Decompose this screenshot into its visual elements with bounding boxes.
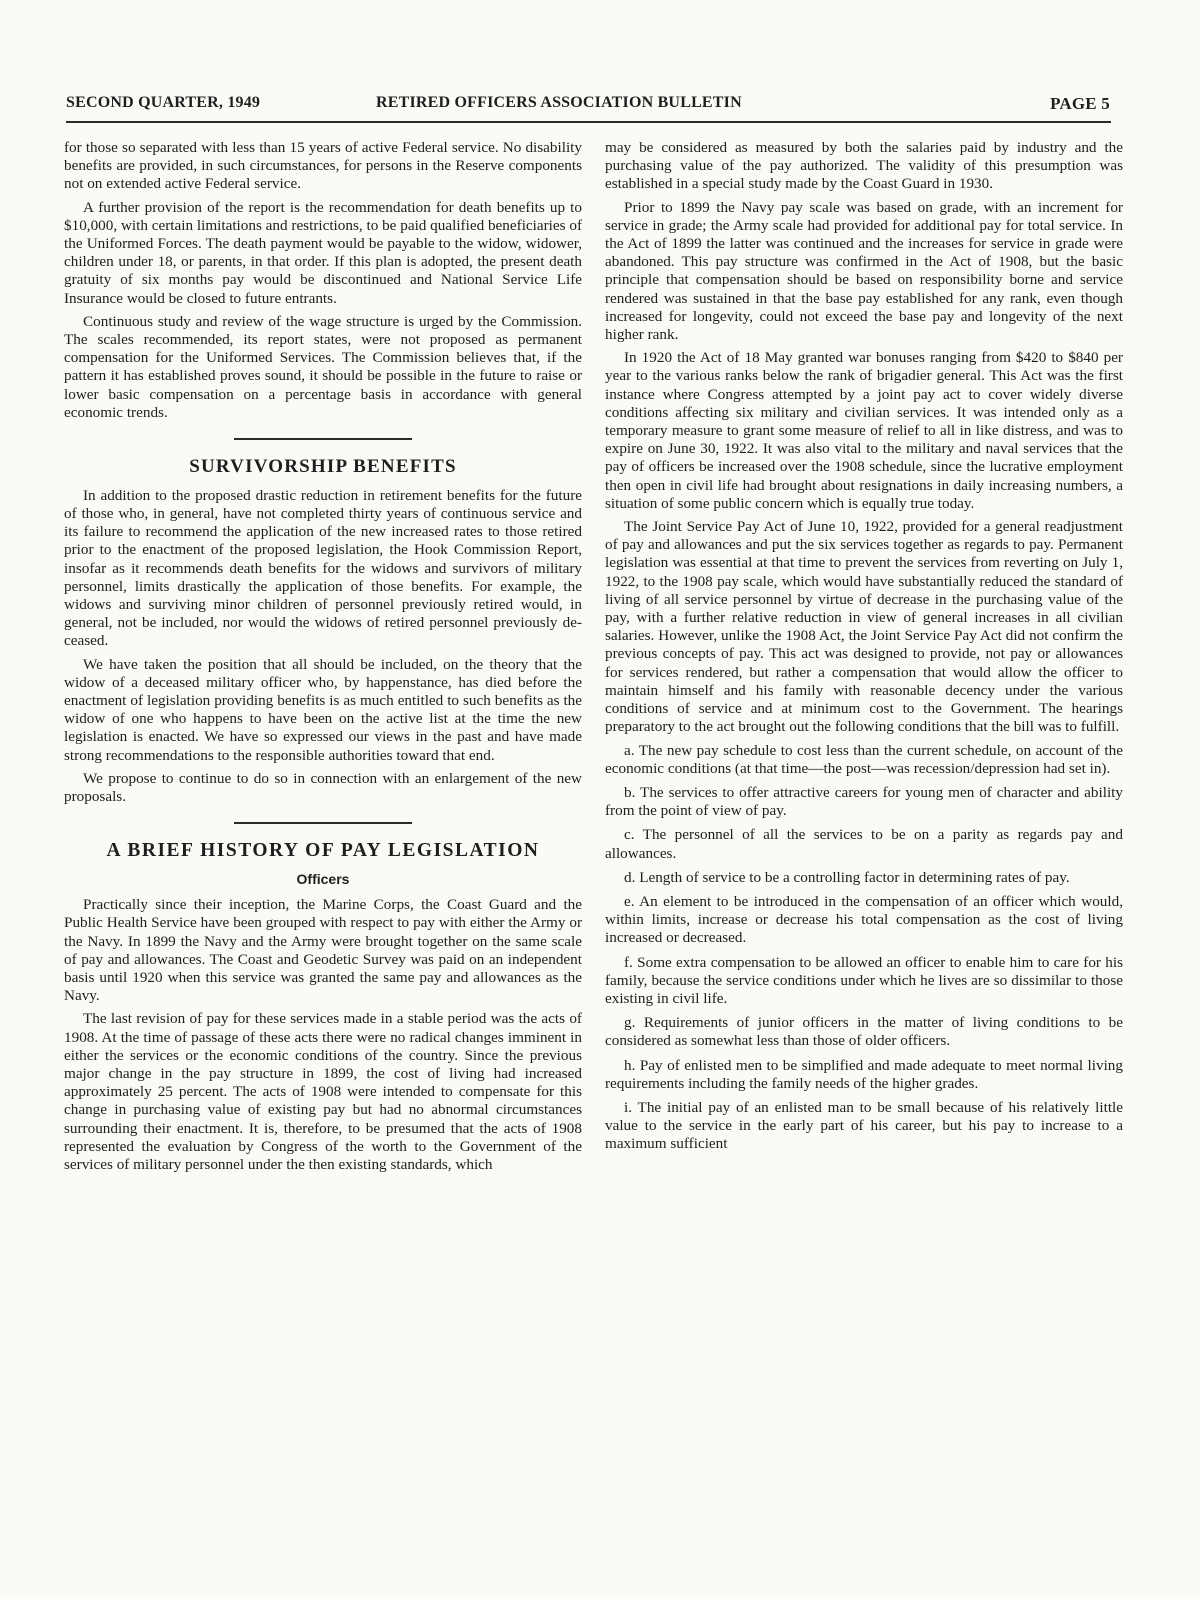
section-divider <box>234 438 412 440</box>
condition-item-h: h. Pay of enlisted men to be simplified … <box>605 1057 1123 1093</box>
condition-item-f: f. Some extra compensation to be allowed… <box>605 954 1123 1009</box>
bulletin-page: SECOND QUARTER, 1949 RETIRED OFFICERS AS… <box>0 0 1200 1599</box>
condition-item-i: i. The initial pay of an enlisted man to… <box>605 1099 1123 1154</box>
page-number: PAGE 5 <box>1050 94 1110 114</box>
paragraph: The last revision of pay for these servi… <box>64 1010 582 1174</box>
paragraph: We have taken the position that all shou… <box>64 656 582 765</box>
left-column: for those so separated with less than 15… <box>64 139 582 1179</box>
paragraph: Practically since their inception, the M… <box>64 896 582 1005</box>
paragraph: The Joint Service Pay Act of June 10, 19… <box>605 518 1123 736</box>
section-title-survivorship: SURVIVORSHIP BENEFITS <box>64 458 582 476</box>
paragraph: We propose to continue to do so in conne… <box>64 770 582 806</box>
paragraph: Prior to 1899 the Navy pay scale was bas… <box>605 199 1123 345</box>
paragraph: In addition to the proposed drastic redu… <box>64 487 582 651</box>
subsection-title-officers: Officers <box>64 870 582 888</box>
right-column: may be considered as measured by both th… <box>605 139 1123 1160</box>
publication-title: RETIRED OFFICERS ASSOCIATION BULLETIN <box>376 94 742 112</box>
condition-item-g: g. Requirements of junior officers in th… <box>605 1014 1123 1050</box>
condition-item-e: e. An element to be introduced in the co… <box>605 893 1123 948</box>
condition-item-c: c. The personnel of all the services to … <box>605 826 1123 862</box>
section-title-pay-history: A BRIEF HISTORY OF PAY LEGISLATION <box>64 842 582 860</box>
condition-item-b: b. The services to offer attractive care… <box>605 784 1123 820</box>
paragraph: Continuous study and review of the wage … <box>64 313 582 422</box>
paragraph: may be considered as measured by both th… <box>605 139 1123 194</box>
paragraph: In 1920 the Act of 18 May granted war bo… <box>605 349 1123 513</box>
section-divider <box>234 822 412 824</box>
condition-item-a: a. The new pay schedule to cost less tha… <box>605 742 1123 778</box>
condition-item-d: d. Length of service to be a controlling… <box>605 869 1123 887</box>
issue-date: SECOND QUARTER, 1949 <box>66 94 260 112</box>
paragraph: for those so separated with less than 15… <box>64 139 582 194</box>
running-header: SECOND QUARTER, 1949 RETIRED OFFICERS AS… <box>66 92 1110 116</box>
paragraph: A further provision of the report is the… <box>64 199 582 308</box>
header-rule <box>66 121 1111 123</box>
